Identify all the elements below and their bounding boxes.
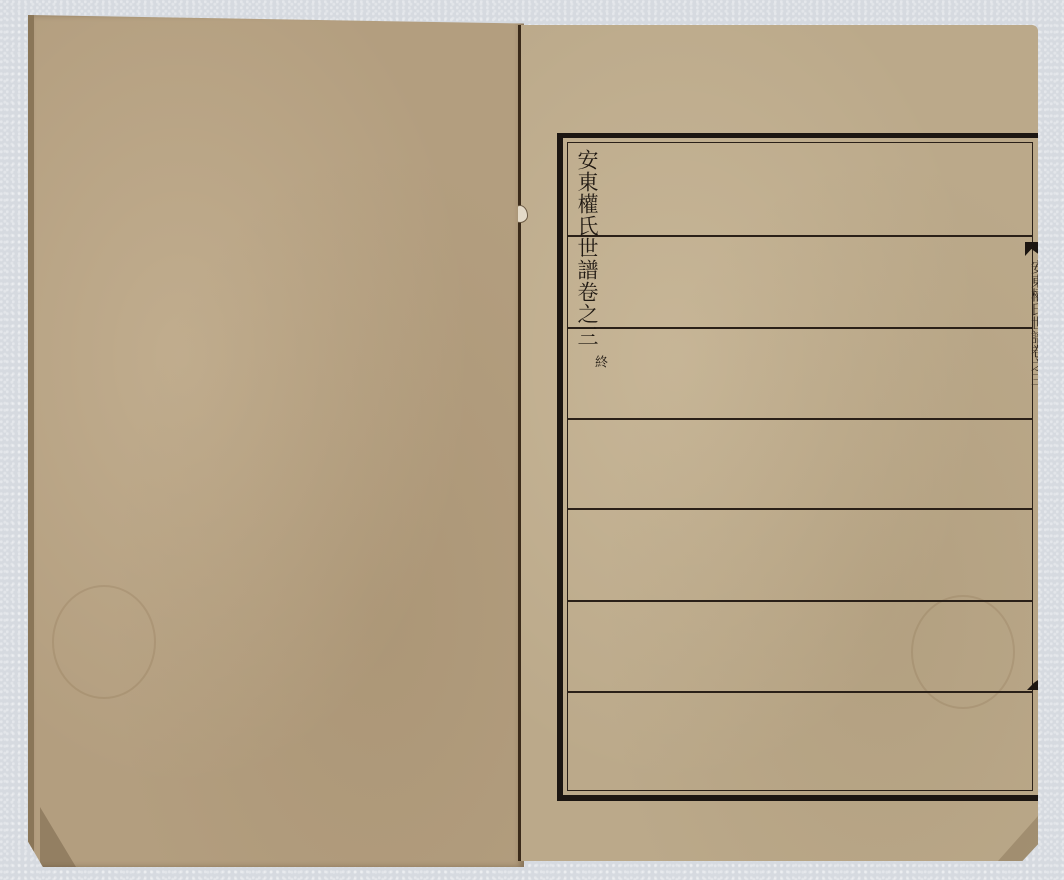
end-mark: 終 — [590, 355, 609, 368]
row-rule — [568, 600, 1032, 602]
folded-corner — [40, 807, 76, 867]
row-rule — [568, 508, 1032, 510]
row-rule — [568, 327, 1032, 329]
folded-corner — [998, 816, 1038, 861]
row-rule — [568, 418, 1032, 420]
left-page-blank — [28, 15, 524, 867]
row-rule — [568, 691, 1032, 693]
right-page: 安東權氏世譜卷之三 終 安東權氏世譜卷之三 — [518, 25, 1038, 861]
water-stain — [52, 585, 156, 699]
margin-heading: 安東權氏世譜卷之三 — [1027, 260, 1047, 386]
volume-title: 安東權氏世譜卷之三 — [576, 149, 597, 347]
inner-frame: 安東權氏世譜卷之三 終 — [567, 142, 1033, 791]
row-rule — [568, 235, 1032, 237]
printed-border-frame: 安東權氏世譜卷之三 終 安東權氏世譜卷之三 — [557, 133, 1043, 801]
